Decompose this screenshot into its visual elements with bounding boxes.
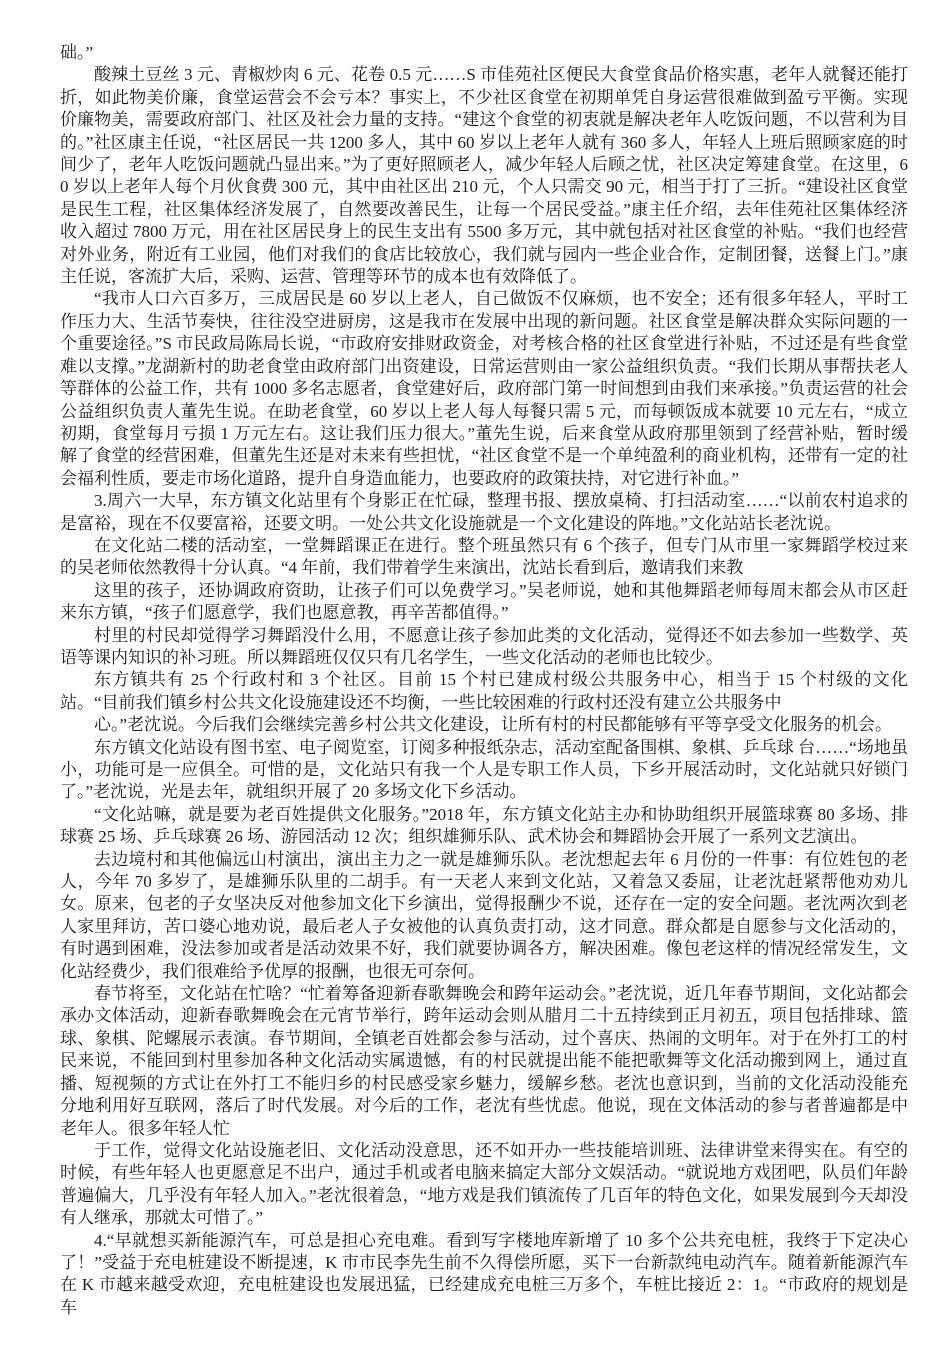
document-page: 础。”酸辣土豆丝 3 元、青椒炒肉 6 元、花卷 0.5 元……S 市佳苑社区便… — [0, 0, 950, 1345]
paragraph: 东方镇文化站设有图书室、电子阅览室，订阅多种报纸杂志，活动室配备围棋、象棋、乒乓… — [60, 737, 908, 804]
paragraph: 这里的孩子，还协调政府资助，让孩子们可以免费学习。”吴老师说，她和其他舞蹈老师每… — [60, 580, 908, 625]
paragraph: 4.“早就想买新能源汽车，可总是担心充电难。看到写字楼地库新增了 10 多个公共… — [60, 1230, 908, 1320]
paragraph: “文化站嘛，就是要为老百姓提供文化服务。”2018 年，东方镇文化站主办和协助组… — [60, 804, 908, 849]
paragraph: 在文化站二楼的活动室，一堂舞蹈课正在进行。整个班虽然只有 6 个孩子，但专门从市… — [60, 535, 908, 580]
paragraph: 酸辣土豆丝 3 元、青椒炒肉 6 元、花卷 0.5 元……S 市佳苑社区便民大食… — [60, 64, 908, 288]
paragraph: 去边境村和其他偏远山村演出，演出主力之一就是雄狮乐队。老沈想起去年 6 月份的一… — [60, 849, 908, 983]
paragraph: “我市人口六百多万，三成居民是 60 岁以上老人，自己做饭不仅麻烦，也不安全；还… — [60, 288, 908, 490]
paragraph: 心。”老沈说。今后我们会继续完善乡村公共文化建设，让所有村的村民都能够有平等享受… — [60, 714, 908, 736]
paragraph: 于工作，觉得文化站设施老旧、文化活动没意思，还不如开办一些技能培训班、法律讲堂来… — [60, 1140, 908, 1230]
paragraph: 春节将至，文化站在忙啥？“忙着筹备迎新春歌舞晚会和跨年运动会。”老沈说，近几年春… — [60, 983, 908, 1140]
paragraph: 3.周六一大早，东方镇文化站里有个身影正在忙碌，整理书报、摆放桌椅、打扫活动室…… — [60, 490, 908, 535]
paragraph: 村里的村民却觉得学习舞蹈没什么用，不愿意让孩子参加此类的文化活动，觉得还不如去参… — [60, 625, 908, 670]
paragraph: 础。” — [60, 42, 908, 64]
document-body: 础。”酸辣土豆丝 3 元、青椒炒肉 6 元、花卷 0.5 元……S 市佳苑社区便… — [60, 42, 908, 1319]
paragraph: 东方镇共有 25 个行政村和 3 个社区。目前 15 个村已建成村级公共服务中心… — [60, 669, 908, 714]
